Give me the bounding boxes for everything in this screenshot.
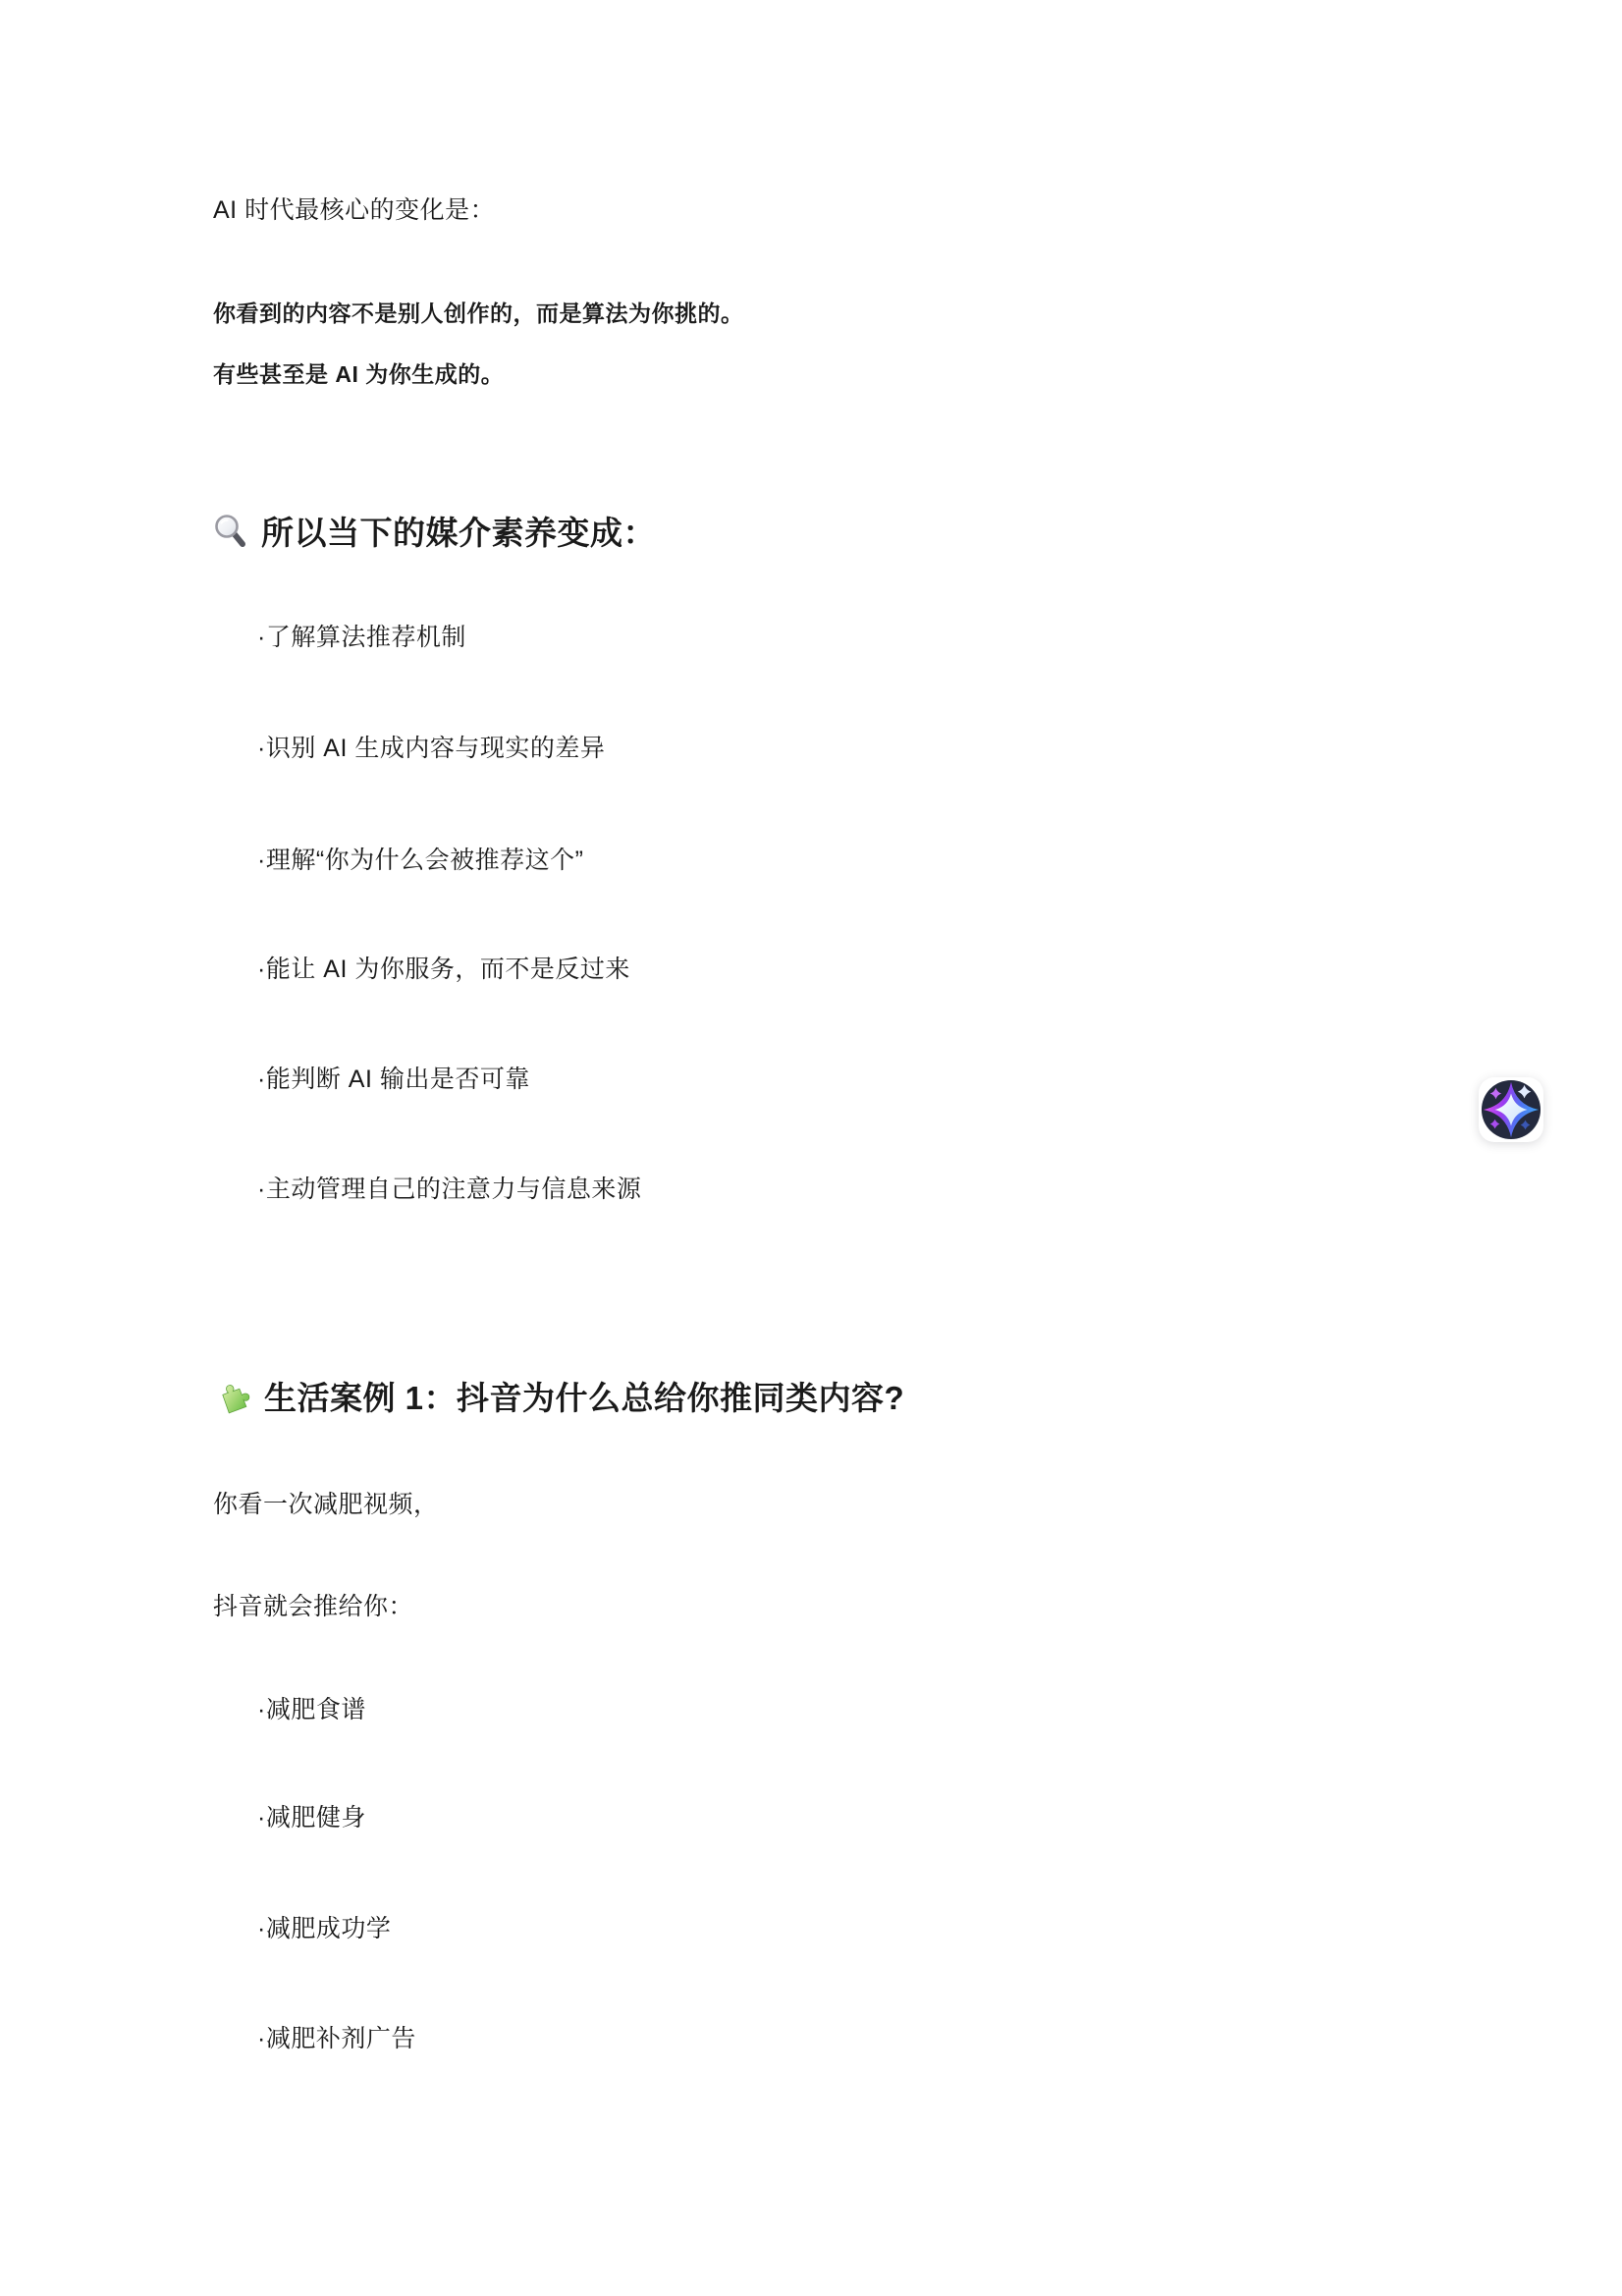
list-item: ·减肥食谱	[257, 1698, 366, 1722]
list-item: ·了解算法推荐机制	[257, 626, 466, 650]
section2-lead-2: 抖音就会推给你：	[213, 1595, 413, 1619]
intro-line: AI 时代最核心的变化是：	[213, 198, 495, 223]
list-item: ·能让 AI 为你服务，而不是反过来	[257, 957, 630, 982]
list-item: ·识别 AI 生成内容与现实的差异	[257, 737, 605, 761]
emphasis-line-1: 你看到的内容不是别人创作的，而是算法为你挑的。	[213, 302, 744, 325]
article-page: AI 时代最核心的变化是： 你看到的内容不是别人创作的，而是算法为你挑的。 有些…	[0, 0, 1622, 2296]
list-item: ·减肥成功学	[257, 1917, 391, 1941]
section1-title: 所以当下的媒介素养变成：	[261, 517, 656, 549]
list-item: ·减肥健身	[257, 1806, 366, 1831]
list-item: ·理解“你为什么会被推荐这个”	[257, 848, 583, 873]
list-item: ·主动管理自己的注意力与信息来源	[257, 1177, 641, 1202]
magnifier-icon	[213, 514, 248, 551]
puzzle-piece-icon	[214, 1379, 251, 1416]
list-item: ·能判断 AI 输出是否可靠	[257, 1067, 530, 1092]
ai-assistant-button[interactable]	[1479, 1077, 1543, 1142]
ai-sparkle-icon	[1481, 1079, 1541, 1140]
section2-lead-1: 你看一次减肥视频，	[213, 1493, 439, 1517]
emphasis-line-2: 有些甚至是 AI 为你生成的。	[213, 363, 504, 386]
section2-header: 生活案例 1：抖音为什么总给你推同类内容?	[214, 1379, 904, 1416]
section2-title: 生活案例 1：抖音为什么总给你推同类内容?	[264, 1382, 904, 1414]
list-item: ·减肥补剂广告	[257, 2027, 416, 2051]
section1-header: 所以当下的媒介素养变成：	[213, 514, 656, 551]
